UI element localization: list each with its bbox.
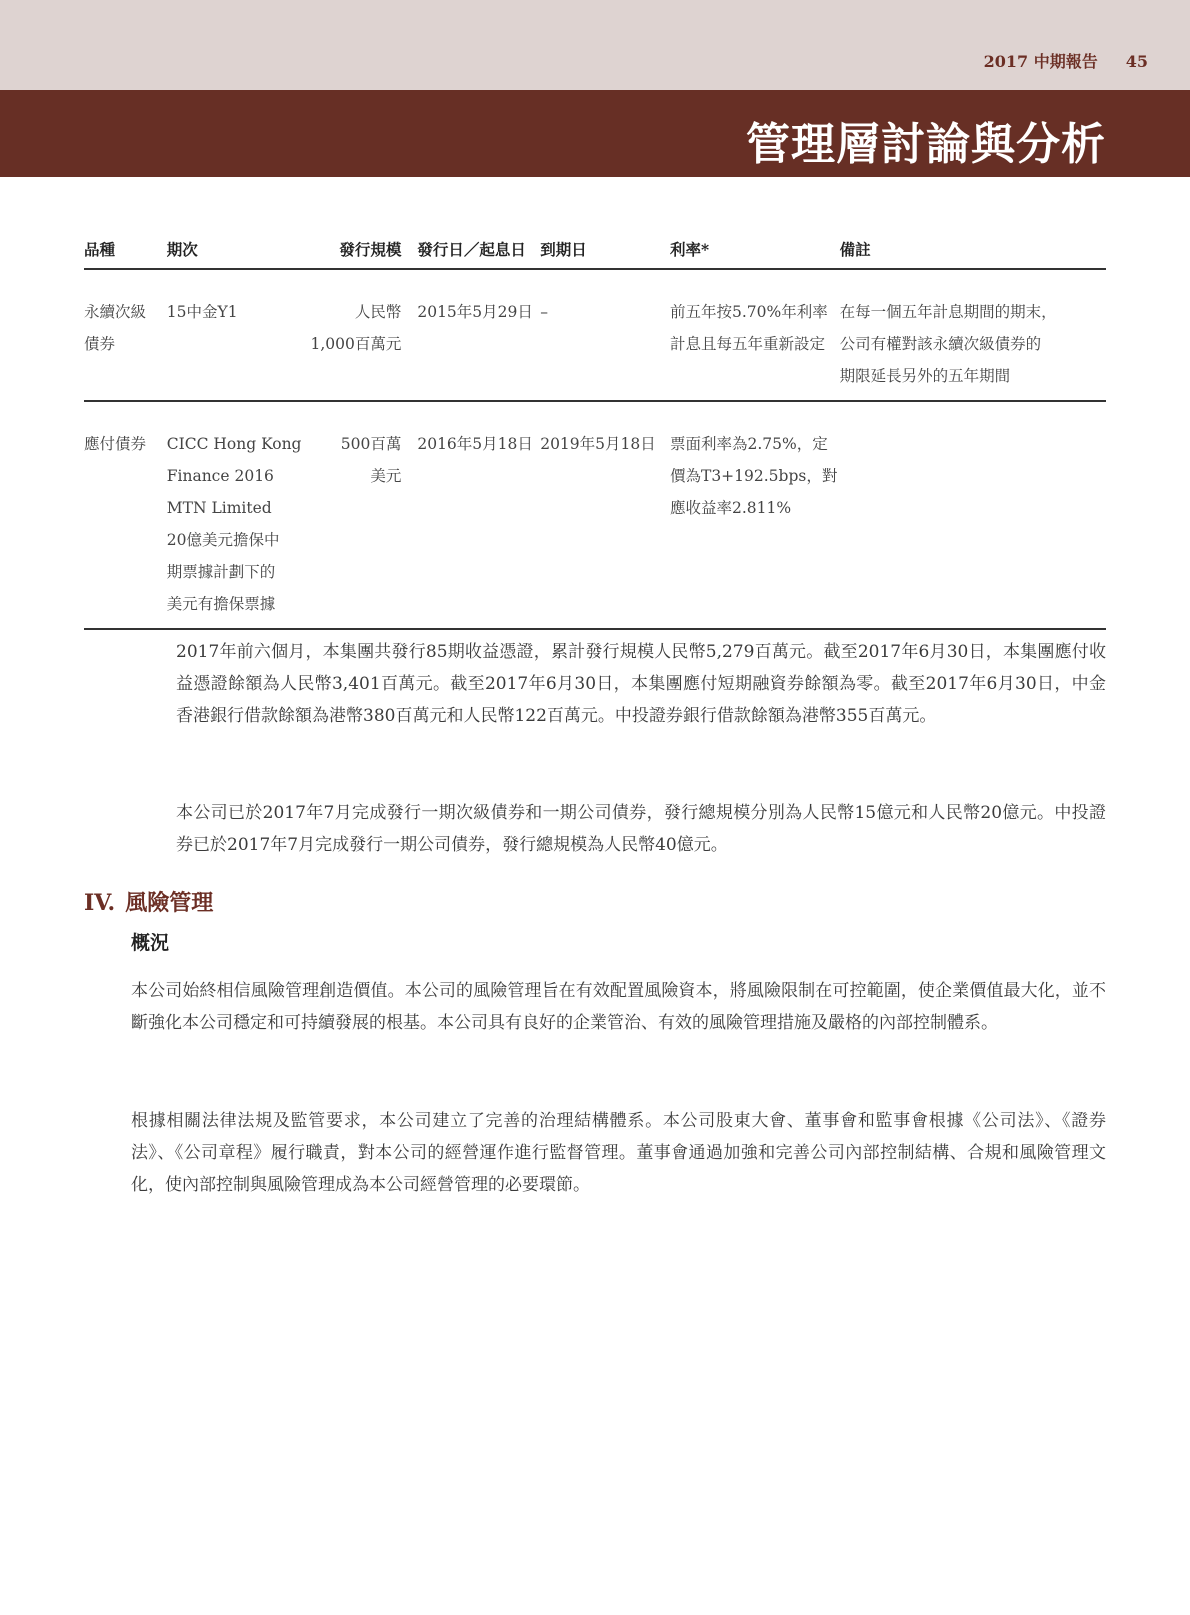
column-header-issue-date: 發行日／起息日 (417, 230, 540, 269)
column-header-size: 發行規模 (306, 230, 417, 269)
cell-rate: 票面利率為2.75%，定 價為T3+192.5bps，對 應收益率2.811% (670, 401, 840, 629)
cell-size: 500百萬 美元 (306, 401, 417, 629)
table-row: 應付債券 CICC Hong Kong Finance 2016 MTN Lim… (84, 401, 1106, 629)
subheading-overview: 概況 (131, 928, 169, 955)
cell-type: 永續次級 債券 (84, 269, 167, 401)
chapter-title: 管理層討論與分析 (746, 108, 1106, 172)
table-row: 永續次級 債券 15中金Y1 人民幣 1,000百萬元 2015年5月29日 –… (84, 269, 1106, 401)
page-number: 45 (1126, 52, 1148, 71)
column-header-note: 備註 (840, 230, 1106, 269)
section-number: IV. (84, 890, 115, 916)
section-heading-risk-management: IV.風險管理 (84, 886, 213, 917)
cell-type: 應付債券 (84, 401, 167, 629)
cell-maturity: – (540, 269, 670, 401)
paragraph-risk-philosophy: 本公司始終相信風險管理創造價值。本公司的風險管理旨在有效配置風險資本，將風險限制… (131, 975, 1106, 1039)
column-header-maturity: 到期日 (540, 230, 670, 269)
cell-issue: CICC Hong Kong Finance 2016 MTN Limited … (167, 401, 306, 629)
paragraph-subsequent-issuance: 本公司已於2017年7月完成發行一期次級債券和一期公司債券，發行總規模分別為人民… (176, 797, 1106, 861)
top-band (0, 0, 1190, 90)
cell-size: 人民幣 1,000百萬元 (306, 269, 417, 401)
cell-note: 在每一個五年計息期間的期末， 公司有權對該永續次級債券的 期限延長另外的五年期間 (840, 269, 1106, 401)
column-header-rate: 利率* (670, 230, 840, 269)
cell-issue-date: 2015年5月29日 (417, 269, 540, 401)
cell-issue-date: 2016年5月18日 (417, 401, 540, 629)
column-header-type: 品種 (84, 230, 167, 269)
cell-issue: 15中金Y1 (167, 269, 306, 401)
title-band: 管理層討論與分析 (0, 90, 1190, 177)
cell-note (840, 401, 1106, 629)
bond-table: 品種 期次 發行規模 發行日／起息日 到期日 利率* 備註 永續次級 債券 15… (84, 230, 1106, 630)
report-name: 2017 中期報告 (984, 52, 1098, 71)
cell-maturity: 2019年5月18日 (540, 401, 670, 629)
paragraph-funding-summary: 2017年前六個月，本集團共發行85期收益憑證，累計發行規模人民幣5,279百萬… (176, 636, 1106, 732)
running-head: 2017 中期報告45 (0, 49, 1190, 72)
table-header-row: 品種 期次 發行規模 發行日／起息日 到期日 利率* 備註 (84, 230, 1106, 269)
column-header-issue: 期次 (167, 230, 306, 269)
section-title: 風險管理 (125, 890, 213, 916)
cell-rate: 前五年按5.70%年利率 計息且每五年重新設定 (670, 269, 840, 401)
paragraph-governance-structure: 根據相關法律法規及監管要求，本公司建立了完善的治理結構體系。本公司股東大會、董事… (131, 1105, 1106, 1201)
